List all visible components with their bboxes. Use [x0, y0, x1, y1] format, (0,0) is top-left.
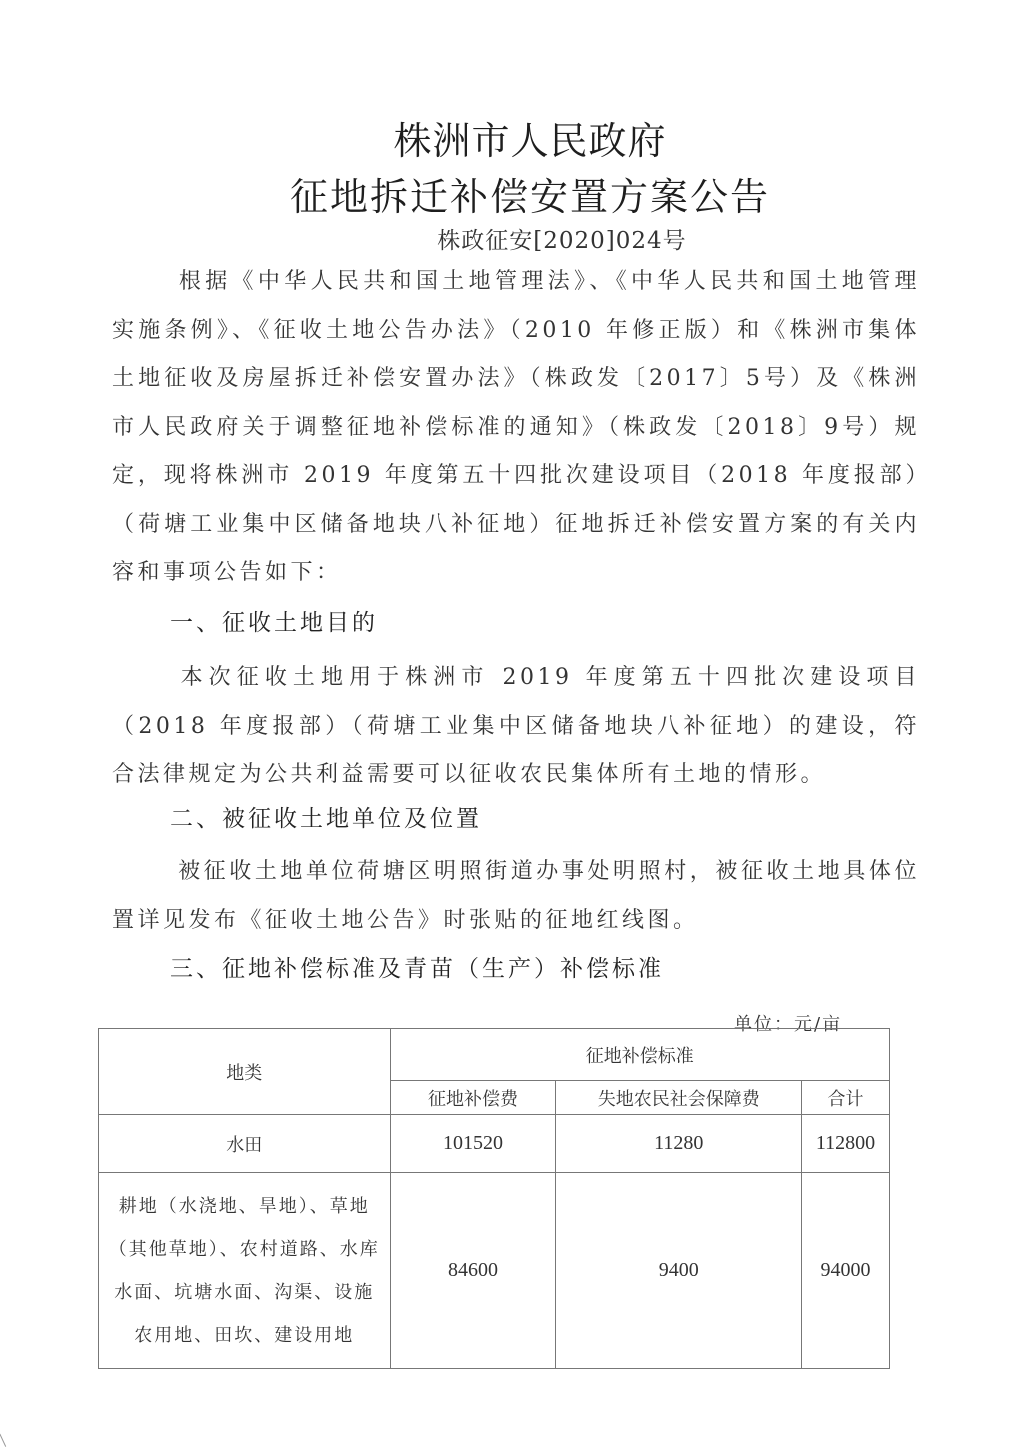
- header-compensation-fee: 征地补偿费: [390, 1081, 556, 1115]
- table-row: 水田 101520 11280 112800: [99, 1115, 890, 1173]
- cell-total: 94000: [802, 1173, 890, 1369]
- document-page: 株洲市人民政府 征地拆迁补偿安置方案公告 株政征安[2020]024号 根据《中…: [0, 0, 1024, 1448]
- cell-compensation: 84600: [390, 1173, 556, 1369]
- header-total: 合计: [802, 1081, 890, 1115]
- section-body-1-text: 本次征收土地用于株洲市 2019 年度第五十四批次建设项目（2018 年度报部）…: [112, 665, 920, 787]
- cell-compensation: 101520: [390, 1115, 556, 1173]
- table-row: 耕地（水浇地、旱地）、草地（其他草地）、农村道路、水库水面、坑塘水面、沟渠、设施…: [99, 1173, 890, 1369]
- section-body-2: 被征收土地单位荷塘区明照街道办事处明照村，被征收土地具体位置详见发布《征收土地公…: [112, 848, 920, 945]
- document-number: 株政征安[2020]024号: [0, 222, 1024, 255]
- document-title-line2: 征地拆迁补偿安置方案公告: [0, 166, 1024, 221]
- intro-text: 根据《中华人民共和国土地管理法》、《中华人民共和国土地管理实施条例》、《征收土地…: [112, 269, 920, 585]
- cell-land-type: 水田: [99, 1115, 391, 1173]
- cell-social-security: 11280: [556, 1115, 802, 1173]
- section-heading-2: 二、被征收土地单位及位置: [170, 800, 482, 833]
- scan-mark: [0, 1431, 12, 1447]
- section-heading-1: 一、征收土地目的: [170, 604, 378, 637]
- header-social-security-fee: 失地农民社会保障费: [556, 1081, 802, 1115]
- header-compensation-standard: 征地补偿标准: [390, 1029, 889, 1081]
- cell-land-type: 耕地（水浇地、旱地）、草地（其他草地）、农村道路、水库水面、坑塘水面、沟渠、设施…: [99, 1173, 391, 1369]
- section-heading-3: 三、征地补偿标准及青苗（生产）补偿标准: [170, 950, 664, 983]
- section-body-2-text: 被征收土地单位荷塘区明照街道办事处明照村，被征收土地具体位置详见发布《征收土地公…: [112, 859, 920, 933]
- intro-paragraph: 根据《中华人民共和国土地管理法》、《中华人民共和国土地管理实施条例》、《征收土地…: [112, 258, 920, 598]
- section-body-1: 本次征收土地用于株洲市 2019 年度第五十四批次建设项目（2018 年度报部）…: [112, 654, 920, 800]
- cell-social-security: 9400: [556, 1173, 802, 1369]
- document-title-line1: 株洲市人民政府: [0, 110, 1024, 165]
- compensation-table: 地类 征地补偿标准 征地补偿费 失地农民社会保障费 合计 水田 101520 1…: [98, 1028, 890, 1369]
- cell-total: 112800: [802, 1115, 890, 1173]
- header-land-type: 地类: [99, 1029, 391, 1115]
